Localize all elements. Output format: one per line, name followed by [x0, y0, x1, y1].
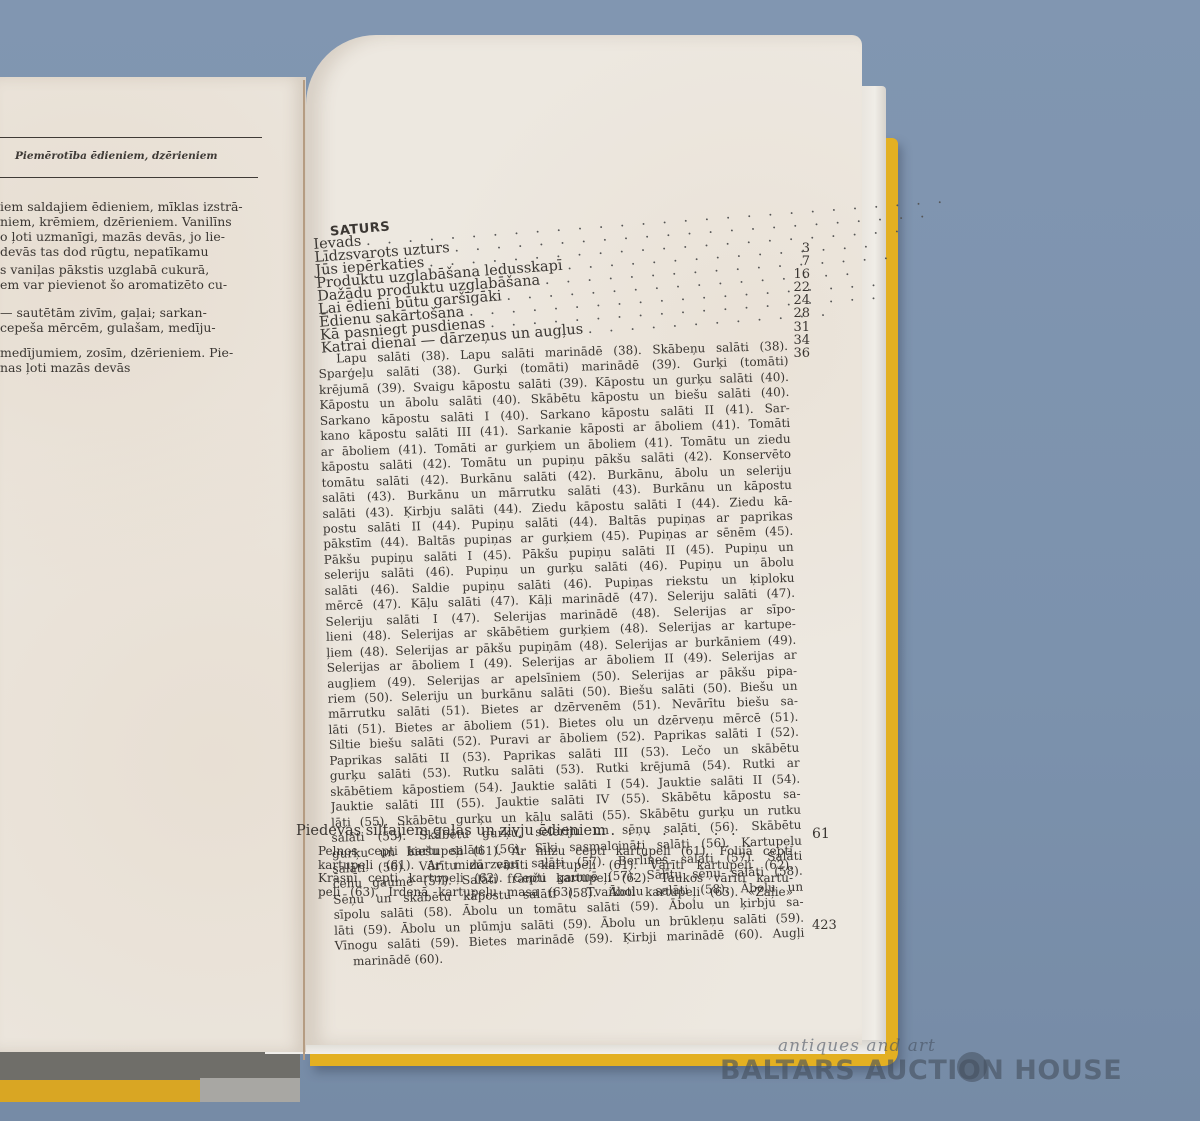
book-cover-left-edge — [0, 1080, 200, 1102]
left-body-line: cepeša mērcēm, gulašam, medīju- — [0, 320, 300, 335]
watermark-brand: BALTARS AUCTION HOUSE — [720, 1055, 1122, 1086]
left-body-line: em var pievienot šo aromatizēto cu- — [0, 277, 300, 292]
left-body-line: medījumiem, zosīm, dzērieniem. Pie- — [0, 345, 300, 360]
toc-page: 28 — [780, 307, 810, 320]
left-body-line: niem, krēmiem, dzērieniem. Vanilīns — [0, 214, 300, 229]
toc-section-page: 61 — [812, 826, 830, 842]
running-head-rule-bottom — [0, 177, 258, 178]
book-spine-tape — [200, 1078, 300, 1102]
recipe-line: Pelnos cepti kartupeļi (61). Ar mizu cep… — [318, 845, 793, 859]
recipe-line: peļi (63). Irdenā kartupeļu masa (63). T… — [318, 886, 793, 900]
toc-page: 31 — [780, 321, 810, 334]
page-number: 423 — [812, 918, 837, 933]
leader-dots: . . . . . . . . — [610, 823, 739, 839]
left-body-line: s vaniļas pākstis uzglabā cukurā, — [0, 262, 300, 277]
toc-section-entry[interactable]: Piedevas siltajiem gaļas un zivju ēdieni… — [296, 823, 796, 839]
potato-recipes-list: Pelnos cepti kartupeļi (61). Ar mizu cep… — [318, 845, 793, 899]
left-body-line: — sautētām zivīm, gaļai; sarkan- — [0, 305, 300, 320]
recipe-line: kartupeļi (61). Ar mizu vārīti kartupeļi… — [318, 859, 793, 873]
book-gutter — [303, 80, 305, 1060]
left-body-line: o ļoti uzmanīgi, mazās devās, jo lie- — [0, 229, 300, 244]
left-body-line: nas ļoti mazās devās — [0, 360, 300, 375]
book-spine-cloth — [0, 1052, 300, 1080]
left-body-line: devās tas dod rūgtu, nepatīkamu — [0, 244, 300, 259]
running-head-rule-top — [0, 137, 262, 138]
left-body-line: iem saldajiem ēdieniem, mīklas izstrā- — [0, 199, 300, 214]
running-head: Piemērotība ēdieniem, dzērieniem — [15, 150, 218, 162]
toc-section-title: Piedevas siltajiem gaļas un zivju ēdieni… — [296, 823, 606, 839]
watermark-tagline: antiques and art — [778, 1036, 936, 1056]
recipe-line: Krāsnī cepti kartupeļi (62). Cepti kartu… — [318, 872, 793, 886]
